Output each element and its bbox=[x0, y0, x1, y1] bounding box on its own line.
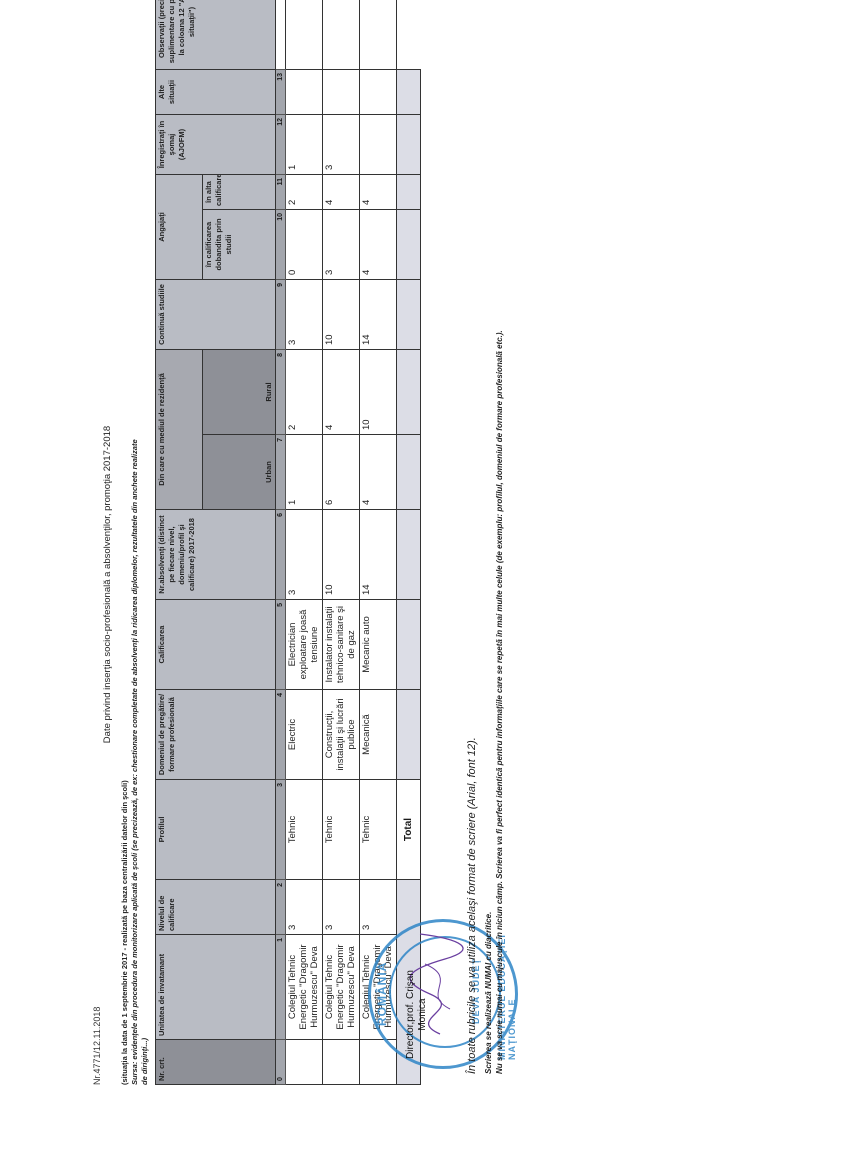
cell-rural: 10 bbox=[360, 349, 397, 434]
cell-nr-absolventi: 14 bbox=[360, 510, 397, 600]
col-number: 2 bbox=[276, 880, 286, 935]
cell-continua-studiile: 10 bbox=[323, 279, 360, 349]
col-number: 7 bbox=[276, 435, 286, 510]
col-number: 0 bbox=[276, 1040, 286, 1085]
col-number: 13 bbox=[276, 69, 286, 114]
header-alte-situatii: Alte situaţii bbox=[156, 69, 276, 114]
cell-angajati-alta: 4 bbox=[323, 174, 360, 209]
cell-domeniu: Construcţii, instalaţii şi lucrări publi… bbox=[323, 690, 360, 780]
col-number: 6 bbox=[276, 510, 286, 600]
cell-nivel: 3 bbox=[323, 880, 360, 935]
cell-profil: Tehnic bbox=[286, 780, 323, 880]
footnote-diacritics: Scrierea se realizează NUMAI cu diacriti… bbox=[484, 912, 493, 1074]
cell-alte-situatii bbox=[323, 69, 360, 114]
note-situation: (situaţia la data de 1 septembrie 2017 -… bbox=[120, 780, 129, 1085]
cell-nr-absolventi: 10 bbox=[323, 510, 360, 600]
col-number: 5 bbox=[276, 600, 286, 690]
header-somaj: Înregistraţi în şomaj (AJOFM) bbox=[156, 114, 276, 174]
col-number: 11 bbox=[276, 174, 286, 209]
cell-urban: 1 bbox=[286, 435, 323, 510]
header-nivel: Nivelul de calificare bbox=[156, 880, 276, 935]
cell-alte-situatii bbox=[360, 69, 397, 114]
col-number: 8 bbox=[276, 349, 286, 434]
col-number: 10 bbox=[276, 209, 286, 279]
column-number-row: 0 1 2 3 4 5 6 7 8 9 10 11 12 13 bbox=[276, 0, 286, 1085]
cell-profil: Tehnic bbox=[360, 780, 397, 880]
cell-calificare: Mecanic auto bbox=[360, 600, 397, 690]
footnote-uppercase: Nu se va scrie numai cu majuscule în nic… bbox=[495, 330, 504, 1074]
table-row: Colegiul Tehnic Energetic "Dragomir Hurm… bbox=[323, 0, 360, 1085]
total-row: Total bbox=[397, 0, 421, 1085]
cell-somaj bbox=[360, 114, 397, 174]
note-source-continued: de diriginţi...) bbox=[140, 1038, 149, 1085]
cell-urban: 4 bbox=[360, 435, 397, 510]
document-page: Nr.4771/12.11.2018 Date privind inserţia… bbox=[0, 0, 850, 1169]
cell-nr-crt bbox=[323, 1040, 360, 1085]
header-angajati-alta: în alta calificare bbox=[203, 174, 276, 209]
cell-angajati-alta: 2 bbox=[286, 174, 323, 209]
cell-nivel: 3 bbox=[286, 880, 323, 935]
signature-role: Director,prof. Crişan bbox=[405, 970, 417, 1059]
cell-angajati-alta: 4 bbox=[360, 174, 397, 209]
cell-somaj: 1 bbox=[286, 114, 323, 174]
col-number: 1 bbox=[276, 935, 286, 1040]
cell-alte-situatii bbox=[286, 69, 323, 114]
header-angajati-calificare: în calificarea dobandita prin studii bbox=[203, 209, 276, 279]
header-observatii: Observaţii (precizări suplimentare cu pr… bbox=[156, 0, 276, 69]
cell-nr-crt bbox=[286, 1040, 323, 1085]
header-urban: Urban bbox=[203, 435, 276, 510]
header-domeniu: Domeniul de pregătire/ formare profesion… bbox=[156, 690, 276, 780]
cell-observatii bbox=[360, 0, 397, 69]
footnote-format: În toate rubricile se va utiliza acelaşi… bbox=[466, 737, 478, 1074]
cell-urban: 6 bbox=[323, 435, 360, 510]
header-calificare: Calificarea bbox=[156, 600, 276, 690]
cell-rural: 2 bbox=[286, 349, 323, 434]
header-angajati: Angajaţi bbox=[156, 174, 203, 279]
cell-calificare: Instalator instalaţii tehnico-sanitare ş… bbox=[323, 600, 360, 690]
reference-number: Nr.4771/12.11.2018 bbox=[92, 1007, 102, 1085]
cell-profil: Tehnic bbox=[323, 780, 360, 880]
cell-calificare: Electrician exploatare joasă tensiune bbox=[286, 600, 323, 690]
cell-angajati-calificare: 4 bbox=[360, 209, 397, 279]
cell-somaj: 3 bbox=[323, 114, 360, 174]
cell-continua-studiile: 14 bbox=[360, 279, 397, 349]
table-row: Colegiul Tehnic Energetic "Dragomir Hurm… bbox=[360, 0, 397, 1085]
signature-name: Monica bbox=[417, 970, 429, 1059]
note-source: Sursa: evidenţele din procedura de monit… bbox=[130, 439, 139, 1085]
cell-observatii bbox=[286, 0, 323, 69]
col-number: 9 bbox=[276, 279, 286, 349]
cell-domeniu: Electric bbox=[286, 690, 323, 780]
cell-unitatea: Colegiul Tehnic Energetic "Dragomir Hurm… bbox=[323, 935, 360, 1040]
signature-block: Director,prof. Crişan Monica bbox=[405, 970, 429, 1059]
cell-angajati-calificare: 0 bbox=[286, 209, 323, 279]
header-nr-absolventi: Nr.absolvenţi (distinct pe fiecare nivel… bbox=[156, 510, 276, 600]
stamp-text-top: ROMÂNIA bbox=[375, 962, 389, 1026]
table-row: Colegiul Tehnic Energetic "Dragomir Hurm… bbox=[286, 0, 323, 1085]
header-profil: Profilul bbox=[156, 780, 276, 880]
cell-domeniu: Mecanică bbox=[360, 690, 397, 780]
insertion-table: Nr. crt. Unitatea de invatamant Nivelul … bbox=[155, 0, 421, 1085]
document-title: Date privind inserţia socio-profesională… bbox=[102, 0, 113, 1169]
col-number: 12 bbox=[276, 114, 286, 174]
header-nr-crt: Nr. crt. bbox=[156, 1040, 276, 1085]
total-label: Total bbox=[397, 780, 421, 880]
col-number: 3 bbox=[276, 780, 286, 880]
cell-nr-absolventi: 3 bbox=[286, 510, 323, 600]
cell-observatii bbox=[323, 0, 360, 69]
header-continua-studiile: Continuă studiile bbox=[156, 279, 276, 349]
header-rural: Rural bbox=[203, 349, 276, 434]
cell-nivel: 3 bbox=[360, 880, 397, 935]
cell-unitatea: Colegiul Tehnic Energetic "Dragomir Hurm… bbox=[286, 935, 323, 1040]
col-number: 4 bbox=[276, 690, 286, 780]
cell-rural: 4 bbox=[323, 349, 360, 434]
cell-angajati-calificare: 3 bbox=[323, 209, 360, 279]
cell-continua-studiile: 3 bbox=[286, 279, 323, 349]
header-mediu-rezidenta: Din care cu mediul de rezidenţă bbox=[156, 349, 203, 509]
header-unitatea: Unitatea de invatamant bbox=[156, 935, 276, 1040]
